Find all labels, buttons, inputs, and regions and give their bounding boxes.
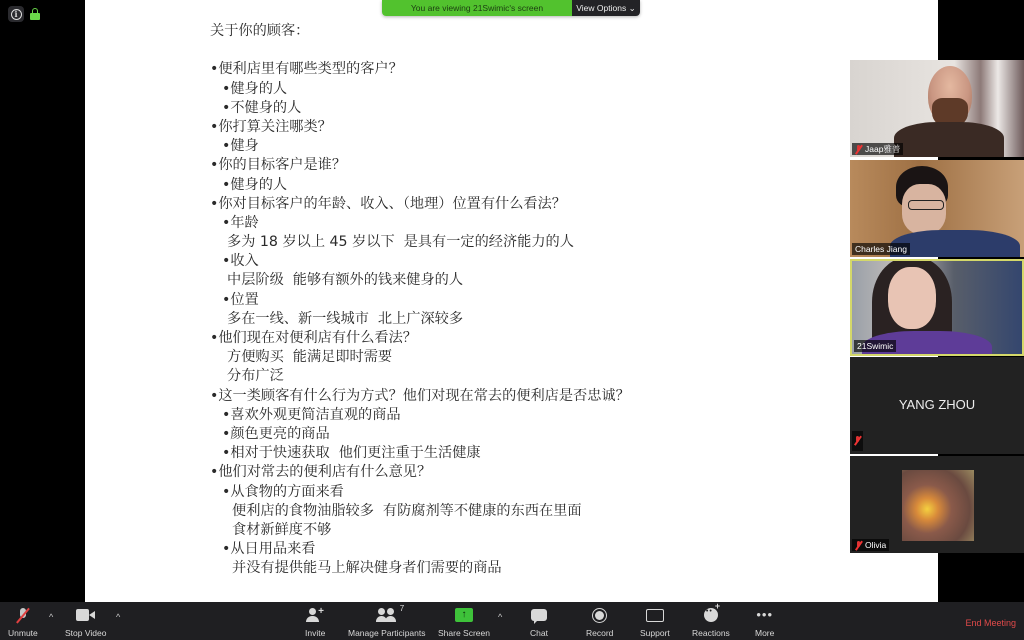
video-options-caret[interactable]: ^ [116, 612, 120, 622]
slide-line: •年龄 [210, 214, 630, 233]
view-options-button[interactable]: View Options ⌄ [572, 0, 640, 16]
video-camera-icon [76, 609, 96, 621]
participant-tile-jaap[interactable]: Jaap雅普 [850, 60, 1024, 157]
support-button[interactable]: Support [640, 605, 670, 638]
unmute-button[interactable]: Unmute [8, 605, 38, 638]
participant-tile-yang-zhou[interactable]: YANG ZHOU [850, 357, 1024, 454]
slide-line: •不健身的人 [210, 99, 630, 118]
slide-line: •这一类顾客有什么行为方式？他们对现在常去的便利店是否忠诚？ [210, 387, 630, 406]
slide-line: 多为 18 岁以上 45 岁以下 是具有一定的经济能力的人 [210, 233, 630, 252]
slide-line: •从日用品来看 [210, 540, 630, 559]
viewing-screen-message: You are viewing 21Swimic's screen [382, 0, 572, 16]
slide-line: 并没有提供能马上解决健身者们需要的商品 [210, 559, 630, 578]
participant-count: 7 [400, 604, 404, 613]
screen-share-banner: You are viewing 21Swimic's screen View O… [382, 0, 640, 16]
share-screen-button[interactable]: ↑ Share Screen [438, 605, 490, 638]
record-icon [592, 608, 607, 623]
slide-line: 中层阶级 能够有额外的钱来健身的人 [210, 271, 630, 290]
slide-line: •位置 [210, 291, 630, 310]
slide-line: •他们对常去的便利店有什么意见？ [210, 463, 630, 482]
muted-microphone-icon [18, 608, 28, 622]
reactions-button[interactable]: Reactions [692, 605, 730, 638]
participant-tile-21swimic[interactable]: 21Swimic [850, 259, 1024, 356]
slide-text: 关于你的顾客： •便利店里有哪些类型的客户？•健身的人•不健身的人•你打算关注哪… [210, 22, 630, 578]
slide-line: •健身的人 [210, 80, 630, 99]
participant-name-tag: Charles Jiang [852, 243, 910, 255]
slide-line: •从食物的方面来看 [210, 483, 630, 502]
cast-screen-icon [646, 609, 664, 622]
participant-tile-charles[interactable]: Charles Jiang [850, 160, 1024, 257]
info-icon[interactable]: i [8, 6, 24, 22]
slide-line: •他们现在对便利店有什么看法？ [210, 329, 630, 348]
more-dots-icon: ••• [756, 610, 773, 620]
muted-indicator [852, 431, 863, 451]
meeting-toolbar: Unmute ^ Stop Video ^ + Invite 7 Manage … [0, 602, 1024, 640]
add-person-icon: + [306, 608, 324, 622]
end-meeting-button[interactable]: End Meeting [965, 618, 1016, 628]
chat-bubble-icon [531, 609, 547, 621]
emoji-reaction-icon [704, 608, 718, 622]
top-status-icons: i [8, 6, 40, 22]
slide-line: 便利店的食物油脂较多 有防腐剂等不健康的东西在里面 [210, 502, 630, 521]
share-screen-icon: ↑ [455, 608, 473, 622]
slide-line: •健身的人 [210, 176, 630, 195]
slide-line: •收入 [210, 252, 630, 271]
slide-line: •便利店里有哪些类型的客户？ [210, 60, 630, 79]
participant-video [902, 470, 974, 541]
slide-line: 多在一线、新一线城市 北上广深较多 [210, 310, 630, 329]
manage-participants-button[interactable]: 7 Manage Participants [348, 605, 426, 638]
shared-screen-slide: 关于你的顾客： •便利店里有哪些类型的客户？•健身的人•不健身的人•你打算关注哪… [85, 0, 938, 602]
record-button[interactable]: Record [586, 605, 613, 638]
participants-icon: 7 [376, 608, 398, 622]
invite-button[interactable]: + Invite [305, 605, 325, 638]
muted-mic-icon [855, 541, 862, 550]
slide-line [210, 41, 630, 60]
lock-icon[interactable] [30, 8, 40, 20]
muted-mic-icon [854, 436, 861, 445]
slide-line: •相对于快速获取 他们更注重于生活健康 [210, 444, 630, 463]
slide-line: 关于你的顾客： [210, 22, 630, 41]
slide-line: •你打算关注哪类？ [210, 118, 630, 137]
audio-options-caret[interactable]: ^ [49, 612, 53, 622]
slide-line: 方便购买 能满足即时需要 [210, 348, 630, 367]
participant-name-tag: 21Swimic [854, 340, 896, 352]
share-options-caret[interactable]: ^ [498, 612, 502, 622]
chat-button[interactable]: Chat [530, 605, 548, 638]
stop-video-button[interactable]: Stop Video [65, 605, 106, 638]
slide-line: •你的目标客户是谁？ [210, 156, 630, 175]
participant-name-tag: Jaap雅普 [852, 143, 903, 155]
slide-line: •你对目标客户的年龄、收入、（地理）位置有什么看法？ [210, 195, 630, 214]
participant-name-tag: Olivia [852, 539, 889, 551]
slide-line: •喜欢外观更简洁直观的商品 [210, 406, 630, 425]
more-button[interactable]: ••• More [755, 605, 774, 638]
slide-line: •颜色更亮的商品 [210, 425, 630, 444]
participant-name-placeholder: YANG ZHOU [850, 397, 1024, 412]
slide-line: •健身 [210, 137, 630, 156]
muted-mic-icon [855, 145, 862, 154]
slide-line: 食材新鲜度不够 [210, 521, 630, 540]
participant-tile-olivia[interactable]: Olivia [850, 456, 1024, 553]
slide-line: 分布广泛 [210, 367, 630, 386]
